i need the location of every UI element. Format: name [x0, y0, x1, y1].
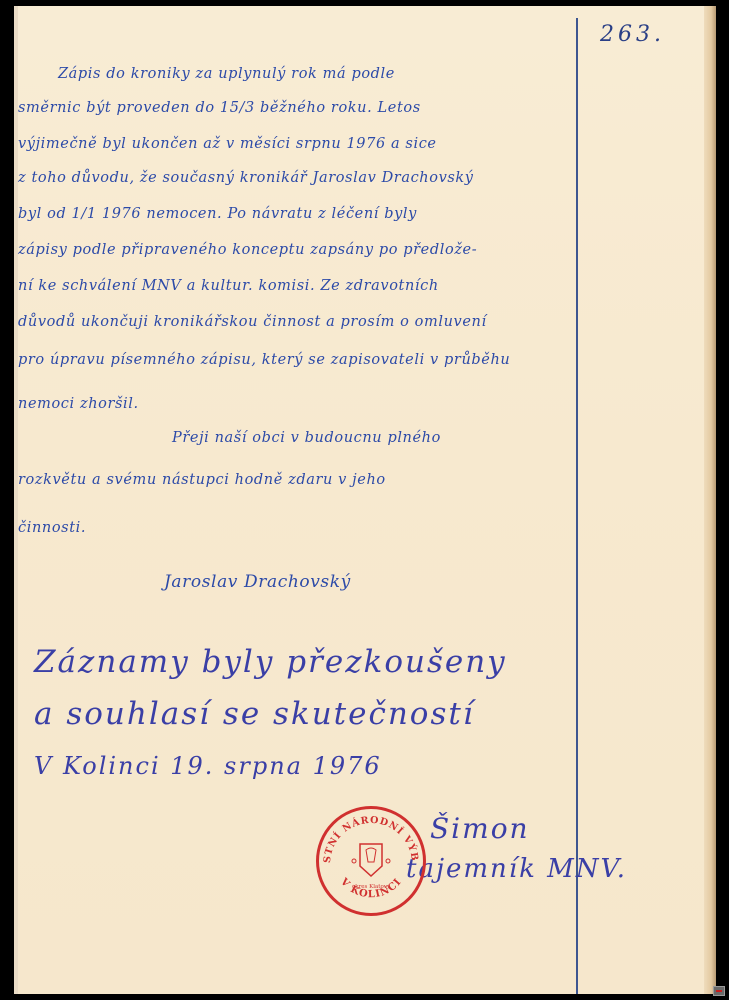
paragraph-line: důvodů ukončuji kronikářskou činnost a p… — [18, 314, 487, 330]
verification-line: Záznamy byly přezkoušeny — [34, 644, 507, 680]
stamp-emblem-icon: MÍSTNÍ NÁRODNÍ VÝBOR V KOLINCI okres Kla… — [316, 806, 426, 916]
secretary-signature: Šimon — [430, 812, 530, 845]
verification-date-line: V Kolinci 19. srpna 1976 — [34, 752, 382, 780]
stamp-text-top: MÍSTNÍ NÁRODNÍ VÝBOR — [316, 806, 420, 864]
minimize-icon[interactable] — [713, 986, 725, 996]
chronicler-signature: Jaroslav Drachovský — [164, 572, 351, 592]
paragraph-line: nemoci zhoršil. — [18, 396, 139, 412]
closing-line: Přeji naší obci v budoucnu plného — [172, 430, 441, 446]
paragraph-line: Zápis do kroniky za uplynulý rok má podl… — [58, 66, 395, 82]
paragraph-line: výjimečně byl ukončen až v měsíci srpnu … — [18, 136, 437, 152]
paragraph-line: byl od 1/1 1976 nemocen. Po návratu z lé… — [18, 206, 417, 222]
verification-line: a souhlasí se skutečností — [34, 696, 475, 732]
paragraph-line: z toho důvodu, že současný kronikář Jaro… — [18, 170, 474, 186]
page-number: 263. — [600, 22, 665, 47]
margin-line — [576, 18, 578, 994]
closing-line: rozkvětu a svému nástupci hodně zdaru v … — [18, 472, 386, 488]
paragraph-line: směrnic být proveden do 15/3 běžného rok… — [18, 100, 421, 116]
paragraph-line: pro úpravu písemného zápisu, který se za… — [18, 352, 510, 368]
svg-text:MÍSTNÍ NÁRODNÍ VÝBOR: MÍSTNÍ NÁRODNÍ VÝBOR — [316, 806, 420, 864]
stamp-inner-text: okres Klatovy — [352, 884, 391, 890]
paragraph-line: zápisy podle připraveného konceptu zapsá… — [18, 242, 477, 258]
closing-line: činnosti. — [18, 520, 86, 536]
official-stamp: MÍSTNÍ NÁRODNÍ VÝBOR V KOLINCI okres Kla… — [316, 806, 426, 916]
secretary-title: tajemník MNV. — [406, 854, 627, 884]
page-left-edge — [14, 6, 18, 994]
paragraph-line: ní ke schválení MNV a kultur. komisi. Ze… — [18, 278, 439, 294]
chronicle-page: 263. Zápis do kroniky za uplynulý rok má… — [14, 6, 716, 994]
page-right-edge — [704, 6, 716, 994]
